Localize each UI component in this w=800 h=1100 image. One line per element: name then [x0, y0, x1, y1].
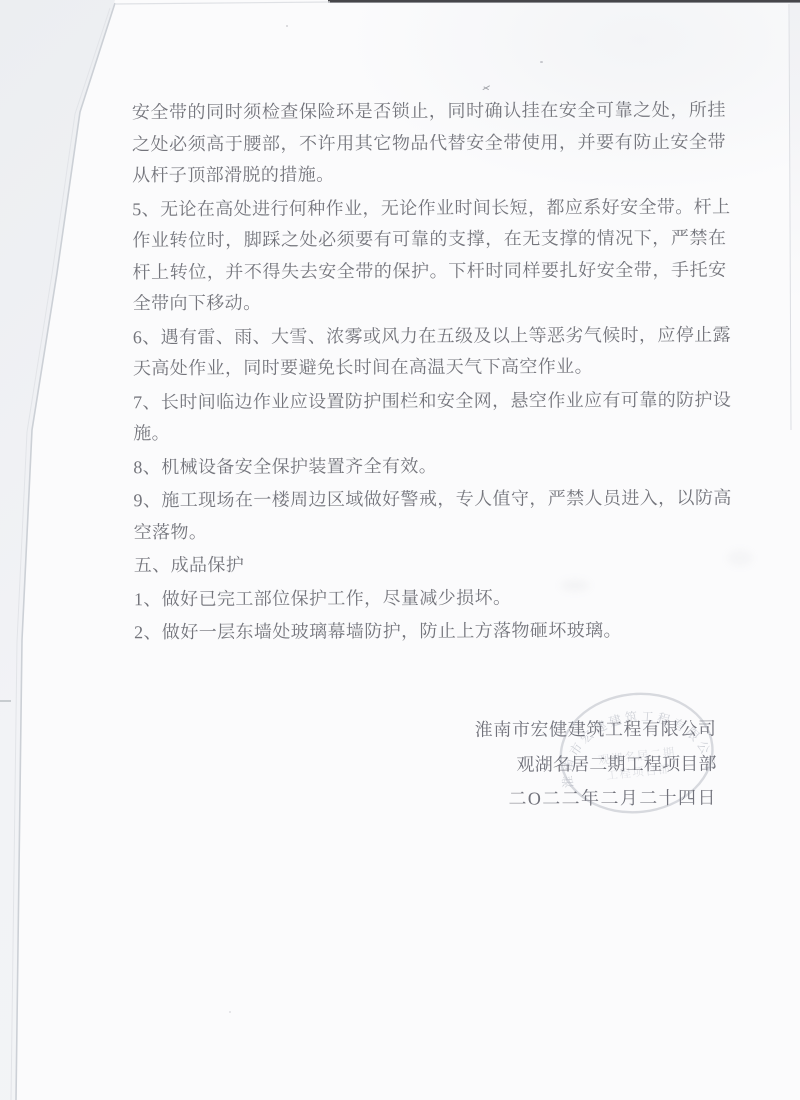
signature-department: 观湖名居二期工程项目部: [516, 752, 716, 777]
paragraph-item-7: 7、长时间临边作业应设置防护围栏和安全网，悬空作业应有可靠的防护设 施。: [133, 384, 727, 450]
section-heading-five: 五、成品保护: [134, 548, 728, 582]
scanned-document-page: 淮南市宏健建筑工程有限公司 观湖名居二期 工程项目部 安全带的同时须检查保险环是…: [0, 0, 800, 1100]
body-text-line: 1、做好已完工部位保护工作，尽量减少损坏。: [134, 581, 728, 615]
paragraph-continuation: 安全带的同时须检查保险环是否锁止，同时确认挂在安全可靠之处，所挂 之处必须高于腰…: [132, 95, 726, 192]
body-text-line: 7、长时间临边作业应设置防护围栏和安全网，悬空作业应有可靠的防护设: [133, 384, 727, 418]
body-text-line: 杆上转位，并不得失去安全带的保护。下杆时同样要扎好安全带，手托安: [132, 254, 726, 288]
body-text-line: 空落物。: [134, 514, 728, 548]
body-text-line: 5、无论在高处进行何种作业，无论作业时间长短，都应系好安全带。杆上: [132, 191, 726, 225]
dust-speck: [286, 25, 288, 27]
body-text-line: 8、机械设备安全保护装置齐全有效。: [133, 449, 727, 483]
body-text-line: 2、做好一层东墙处玻璃幕墙防护，防止上方落物砸坏玻璃。: [134, 615, 728, 649]
paragraph-item-9: 9、施工现场在一楼周边区域做好警戒，专人值守，严禁人员进入，以防高 空落物。: [133, 483, 727, 549]
document-content-area: 淮南市宏健建筑工程有限公司 观湖名居二期 工程项目部 安全带的同时须检查保险环是…: [0, 0, 800, 1100]
signature-date: 二O二二年二月二十四日: [508, 786, 717, 811]
paragraph-protect-1: 1、做好已完工部位保护工作，尽量减少损坏。: [134, 581, 728, 615]
body-text-line: 作业转位时，脚踩之处必须要有可靠的支撑，在无支撑的情况下，严禁在: [132, 223, 726, 257]
body-text-line: 施。: [133, 416, 727, 450]
dust-speck: [540, 61, 543, 63]
bleed-through-smudge: [727, 550, 753, 566]
signature-company: 淮南市宏健建筑工程有限公司: [475, 717, 717, 742]
dust-speck: [229, 1011, 231, 1013]
paragraph-item-8: 8、机械设备安全保护装置齐全有效。: [133, 449, 727, 483]
paragraph-protect-2: 2、做好一层东墙处玻璃幕墙防护，防止上方落物砸坏玻璃。: [134, 615, 728, 649]
paragraph-item-5: 5、无论在高处进行何种作业，无论作业时间长短，都应系好安全带。杆上 作业转位时，…: [132, 191, 727, 320]
body-text-line: 之处必须高于腰部，不许用其它物品代替安全带使用，并要有防止安全带: [132, 126, 726, 160]
section-heading-line: 五、成品保护: [134, 548, 728, 582]
body-text-line: 9、施工现场在一楼周边区域做好警戒，专人值守，严禁人员进入，以防高: [133, 483, 727, 517]
body-text-line: 天高处作业，同时要避免长时间在高温天气下高空作业。: [133, 351, 727, 385]
left-margin-dash-mark: [0, 700, 11, 702]
bleed-through-smudge: [560, 580, 590, 591]
body-text-line: 从杆子顶部滑脱的措施。: [132, 158, 726, 192]
body-text-line: 安全带的同时须检查保险环是否锁止，同时确认挂在安全可靠之处，所挂: [132, 95, 726, 129]
body-text: 安全带的同时须检查保险环是否锁止，同时确认挂在安全可靠之处，所挂 之处必须高于腰…: [132, 95, 728, 651]
pencil-mark: [482, 84, 492, 93]
paragraph-item-6: 6、遇有雷、雨、大雪、浓雾或风力在五级及以上等恶劣气候时，应停止露 天高处作业，…: [133, 319, 727, 385]
body-text-line: 全带向下移动。: [133, 286, 727, 320]
body-text-line: 6、遇有雷、雨、大雪、浓雾或风力在五级及以上等恶劣气候时，应停止露: [133, 319, 727, 353]
